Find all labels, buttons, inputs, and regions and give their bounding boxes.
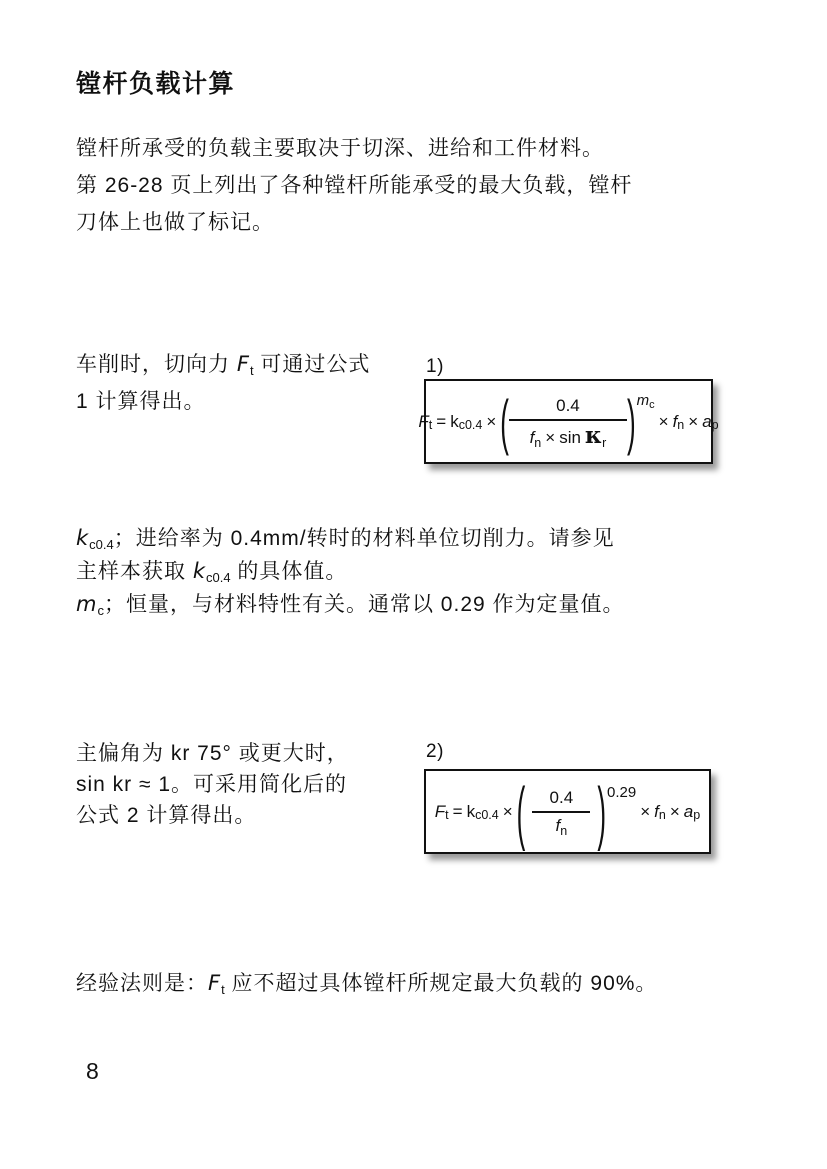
variable-Ft-subscript: t xyxy=(250,363,254,378)
variable-kc04: k xyxy=(193,559,206,583)
equation-2-label: 2) xyxy=(426,741,444,763)
kappa-subscript: r xyxy=(602,436,606,450)
section-2-line-2: sin kr ≈ 1。可采用简化后的 xyxy=(76,769,446,800)
multiply-sign: × xyxy=(640,802,650,822)
close-parenthesis: ) xyxy=(627,391,636,452)
coefficient-k: k xyxy=(450,412,459,432)
formula-2-box: Ft = kc0.4 × ( 0.4 fn ) 0.29 × fn × ap xyxy=(424,769,711,854)
variable-Ft-subscript: t xyxy=(445,809,448,822)
fraction-bar xyxy=(509,419,627,421)
section-1-line-2: 1 计算得出。 xyxy=(76,383,446,420)
param-line-2: 主样本获取 kc0.4 的具体值。 xyxy=(76,555,776,588)
formula-1: Ft = kc0.4 × ( 0.4 fn×sinκr ) mc × fn × … xyxy=(418,396,718,448)
multiply-sign: × xyxy=(486,412,496,432)
multiply-sign: × xyxy=(503,802,513,822)
intro-line-3: 刀体上也做了标记。 xyxy=(76,204,776,241)
variable-fn-subscript: n xyxy=(534,436,541,450)
parameter-definitions: kc0.4；进给率为 0.4mm/转时的材料单位切削力。请参见 主样本获取 kc… xyxy=(76,522,776,621)
variable-kc04-subscript: c0.4 xyxy=(89,537,114,552)
numerator: 0.4 xyxy=(546,788,578,809)
variable-fn-subscript: n xyxy=(677,419,684,432)
text-run: 可通过公式 xyxy=(254,353,371,376)
equation-1-label: 1) xyxy=(426,356,444,378)
section-1-line-1: 车削时，切向力 Ft 可通过公式 xyxy=(76,346,446,383)
coefficient-k: k xyxy=(467,802,476,822)
variable-ap-subscript: p xyxy=(712,419,719,432)
variable-kc04-subscript: c0.4 xyxy=(206,570,231,585)
text-run: ；进给率为 0.4mm/转时的材料单位切削力。请参见 xyxy=(114,527,615,550)
text-run: 经验法则是： xyxy=(76,972,208,995)
variable-Ft-subscript: t xyxy=(429,419,432,432)
param-line-3: mc；恒量，与材料特性有关。通常以 0.29 作为定量值。 xyxy=(76,588,776,621)
formula-1-box: Ft = kc0.4 × ( 0.4 fn×sinκr ) mc × fn × … xyxy=(424,379,713,464)
denominator: fn xyxy=(556,815,568,836)
equals-sign: = xyxy=(436,412,446,432)
text-run: 主样本获取 xyxy=(76,560,193,583)
open-parenthesis: ( xyxy=(500,391,509,452)
section-1-text: 车削时，切向力 Ft 可通过公式 1 计算得出。 xyxy=(76,346,446,420)
variable-fn-subscript: n xyxy=(659,809,666,822)
variable-fn-subscript: n xyxy=(560,824,567,838)
document-page: 镗杆负载计算 镗杆所承受的负载主要取决于切深、进给和工件材料。 第 26-28 … xyxy=(0,0,827,1169)
text-run: ；恒量，与材料特性有关。通常以 0.29 作为定量值。 xyxy=(104,593,625,616)
variable-ap-subscript: p xyxy=(693,809,700,822)
variable-ap: a xyxy=(702,412,711,432)
section-2-line-3: 公式 2 计算得出。 xyxy=(76,800,446,831)
multiply-sign: × xyxy=(688,412,698,432)
variable-Ft: F xyxy=(418,412,428,432)
text-run: 车削时，切向力 xyxy=(76,353,237,376)
denominator: fn×sinκr xyxy=(530,423,607,448)
section-2-line-1: 主偏角为 kr 75° 或更大时， xyxy=(76,738,446,769)
variable-mc: m xyxy=(76,592,97,616)
close-parenthesis: ) xyxy=(597,776,606,846)
intro-paragraph: 镗杆所承受的负载主要取决于切深、进给和工件材料。 第 26-28 页上列出了各种… xyxy=(76,130,776,241)
sin-function: sin xyxy=(559,428,581,447)
variable-Ft: F xyxy=(435,802,445,822)
variable-kc04: k xyxy=(76,526,89,550)
numerator: 0.4 xyxy=(552,396,584,417)
variable-mc-subscript: c xyxy=(97,603,104,618)
open-parenthesis: ( xyxy=(517,776,526,846)
text-run: 的具体值。 xyxy=(231,560,348,583)
intro-line-1: 镗杆所承受的负载主要取决于切深、进给和工件材料。 xyxy=(76,130,776,167)
formula-2: Ft = kc0.4 × ( 0.4 fn ) 0.29 × fn × ap xyxy=(435,788,700,836)
multiply-sign: × xyxy=(659,412,669,432)
multiply-sign: × xyxy=(670,802,680,822)
page-title: 镗杆负载计算 xyxy=(76,64,235,100)
param-line-1: kc0.4；进给率为 0.4mm/转时的材料单位切削力。请参见 xyxy=(76,522,776,555)
intro-line-2: 第 26-28 页上列出了各种镗杆所能承受的最大负载，镗杆 xyxy=(76,167,776,204)
exponent-029: 0.29 xyxy=(607,784,636,801)
variable-Ft: F xyxy=(237,352,250,376)
page-number: 8 xyxy=(86,1058,99,1085)
section-2-text: 主偏角为 kr 75° 或更大时， sin kr ≈ 1。可采用简化后的 公式 … xyxy=(76,738,446,831)
multiply-sign: × xyxy=(545,428,555,447)
fraction: 0.4 fn xyxy=(532,788,590,836)
exponent-mc: mc xyxy=(637,392,655,409)
coefficient-k-subscript: c0.4 xyxy=(475,809,499,822)
text-run: 应不超过具体镗杆所规定最大负载的 90%。 xyxy=(225,972,658,995)
equals-sign: = xyxy=(453,802,463,822)
variable-Ft-subscript: t xyxy=(221,982,225,997)
variable-ap: a xyxy=(684,802,693,822)
fraction-bar xyxy=(532,811,590,813)
fraction: 0.4 fn×sinκr xyxy=(509,396,627,448)
rule-of-thumb-text: 经验法则是：Ft 应不超过具体镗杆所规定最大负载的 90%。 xyxy=(76,968,796,999)
coefficient-k-subscript: c0.4 xyxy=(459,419,483,432)
variable-Ft: F xyxy=(208,971,221,995)
kappa-symbol: κ xyxy=(585,422,602,449)
